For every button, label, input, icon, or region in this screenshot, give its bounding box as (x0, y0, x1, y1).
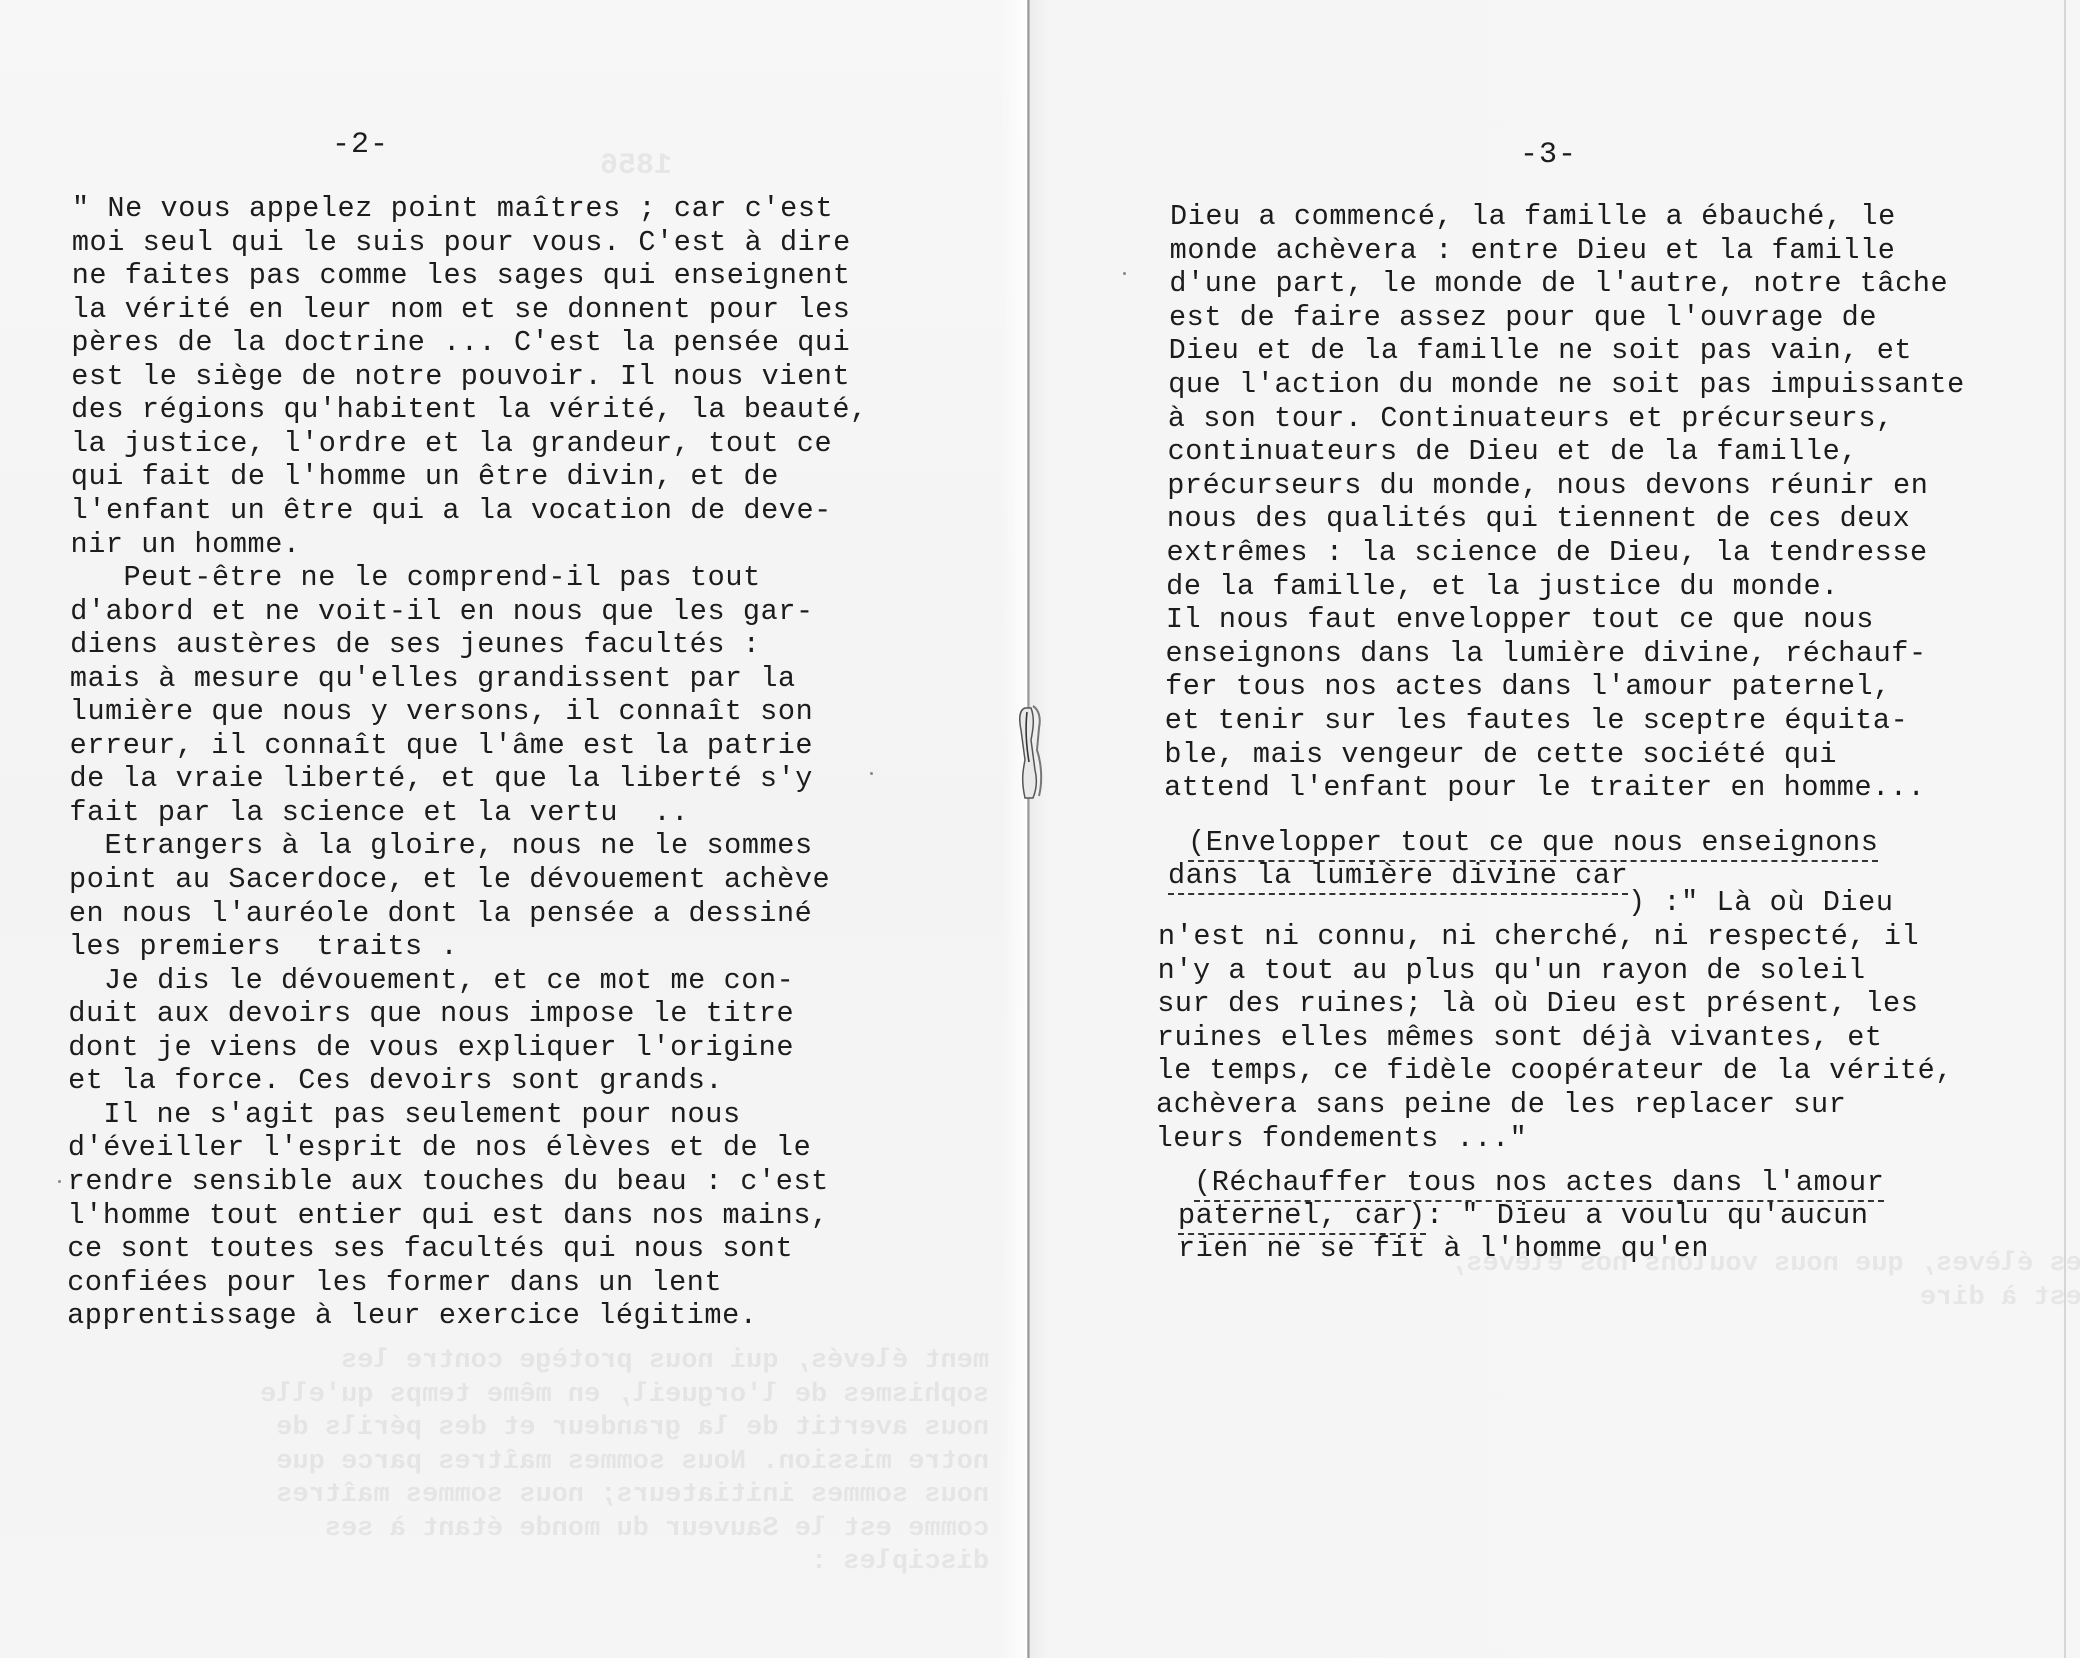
text-line: à son tour. Continuateurs et précurseurs… (1168, 402, 1894, 435)
text-line: continuateurs de Dieu et de la famille, (1168, 435, 1858, 468)
text-line: Je dis le dévouement, et ce mot me con- (69, 964, 795, 997)
paper-speck (58, 1180, 61, 1183)
text-line: diens austères de ses jeunes facultés : (70, 628, 760, 661)
text-line: de la famille, et la justice du monde. (1166, 570, 1839, 603)
text-line: pères de la doctrine ... C'est la pensée… (71, 326, 850, 359)
text-line: qui fait de l'homme un être divin, et de (71, 460, 779, 493)
text-line: duit aux devoirs que nous impose le titr… (68, 997, 794, 1030)
text-line: et la force. Ces devoirs sont grands. (68, 1064, 723, 1097)
text-line: n'est ni connu, ni cherché, ni respecté,… (1158, 920, 1919, 953)
text-line: dont je viens de vous expliquer l'origin… (68, 1031, 794, 1064)
text-line: de la vraie liberté, et que la liberté s… (69, 762, 813, 795)
annotation-continuation: : " Dieu a voulu qu'aucun (1426, 1199, 1869, 1232)
text-line: apprentissage à leur exercice légitime. (67, 1299, 757, 1332)
text-line: le temps, ce fidèle coopérateur de la vé… (1156, 1054, 1953, 1087)
document-spread: 1856 ment élevés, qui nous protège contr… (0, 0, 2080, 1658)
text-line: et tenir sur les fautes le sceptre équit… (1165, 704, 1909, 737)
page-number: -3- (1520, 138, 1577, 172)
page-edge (2064, 0, 2066, 1658)
text-line: Dieu et de la famille ne soit pas vain, … (1169, 334, 1913, 367)
text-line: d'éveiller l'esprit de nos élèves et de … (68, 1131, 812, 1164)
text-line: leurs fondements ..." (1156, 1122, 1528, 1155)
text-line: Il nous faut envelopper tout ce que nous (1166, 603, 1874, 636)
annotation-underlined-line: paternel, car) (1178, 1199, 1426, 1235)
text-line: Etrangers à la gloire, nous ne le sommes (69, 829, 813, 862)
closing-line: rien ne se fit à l'homme qu'en (1178, 1232, 1709, 1265)
text-line: monde achèvera : entre Dieu et la famill… (1170, 234, 1896, 267)
annotation-underlined-line: (Réchauffer tous nos actes dans l'amour (1194, 1166, 1884, 1202)
text-line: ce sont toutes ses facultés qui nous son… (67, 1232, 793, 1265)
text-line: ble, mais vengeur de cette société qui (1164, 738, 1837, 771)
text-line: point au Sacerdoce, et le dévouement ach… (69, 863, 830, 896)
text-line: mais à mesure qu'elles grandissent par l… (70, 662, 796, 695)
text-line: que l'action du monde ne soit pas impuis… (1168, 368, 1965, 401)
text-line: " Ne vous appelez point maîtres ; car c'… (72, 192, 833, 225)
text-line: Il ne s'agit pas seulement pour nous (68, 1098, 741, 1131)
text-line: lumière que nous y versons, il connaît s… (70, 695, 814, 728)
text-line: enseignons dans la lumière divine, récha… (1165, 637, 1926, 670)
text-line: est le siège de notre pouvoir. Il nous v… (71, 360, 850, 393)
text-line: l'enfant un être qui a la vocation de de… (71, 494, 832, 527)
bleed-through-text: ment élevés, qui nous protège contre les… (260, 1345, 989, 1580)
paper-speck (1123, 272, 1126, 275)
staple-icon (1015, 700, 1047, 806)
right-page: bles élèves, que nous voulons nos élèves… (1030, 0, 2080, 1658)
text-line: Peut-être ne le comprend-il pas tout (70, 561, 760, 594)
text-line: extrêmes : la science de Dieu, la tendre… (1167, 536, 1928, 569)
text-line: précurseurs du monde, nous devons réunir… (1167, 469, 1928, 502)
text-line: ruines elles mêmes sont déjà vivantes, e… (1157, 1021, 1883, 1054)
text-line: erreur, il connaît que l'âme est la patr… (70, 729, 814, 762)
text-line: fer tous nos actes dans l'amour paternel… (1165, 670, 1891, 703)
text-line: l'homme tout entier qui est dans nos mai… (68, 1199, 829, 1232)
spine-highlight (1000, 0, 1028, 1658)
text-line: d'une part, le monde de l'autre, notre t… (1169, 267, 1948, 300)
text-line: des régions qu'habitent la vérité, la be… (71, 393, 868, 426)
text-line: ne faites pas comme les sages qui enseig… (72, 259, 851, 292)
text-line: sur des ruines; là où Dieu est présent, … (1157, 987, 1918, 1020)
paper-speck (870, 772, 873, 775)
annotation-underlined-line: (Envelopper tout ce que nous enseignons (1188, 826, 1878, 862)
text-line: est de faire assez pour que l'ouvrage de (1169, 301, 1877, 334)
text-line: la justice, l'ordre et la grandeur, tout… (71, 427, 832, 460)
text-line: fait par la science et la vertu .. (69, 796, 689, 829)
text-line: rendre sensible aux touches du beau : c'… (68, 1165, 829, 1198)
left-page: 1856 ment élevés, qui nous protège contr… (0, 0, 1030, 1658)
text-line: nous des qualités qui tiennent de ces de… (1167, 502, 1911, 535)
text-line: confiées pour les former dans un lent (67, 1266, 722, 1299)
annotation-underlined-line: dans la lumière divine car (1168, 859, 1628, 895)
page-number: -2- (332, 128, 389, 162)
bleed-through-year: 1856 (600, 150, 672, 184)
text-line: d'abord et ne voit-il en nous que les ga… (70, 595, 814, 628)
text-line: achèvera sans peine de les replacer sur (1156, 1088, 1846, 1121)
text-line: en nous l'auréole dont la pensée a dessi… (69, 897, 813, 930)
text-line: les premiers traits . (69, 930, 458, 963)
text-line: la vérité en leur nom et se donnent pour… (72, 293, 851, 326)
text-line: nir un homme. (71, 528, 301, 561)
spine-fold (1027, 0, 1030, 1658)
text-line: Dieu a commencé, la famille a ébauché, l… (1170, 200, 1896, 233)
text-line: moi seul qui le suis pour vous. C'est à … (72, 226, 851, 259)
annotation-continuation: ) :" Là où Dieu (1628, 886, 1894, 919)
text-line: n'y a tout au plus qu'un rayon de soleil (1158, 954, 1866, 987)
text-line: attend l'enfant pour le traiter en homme… (1164, 771, 1925, 804)
